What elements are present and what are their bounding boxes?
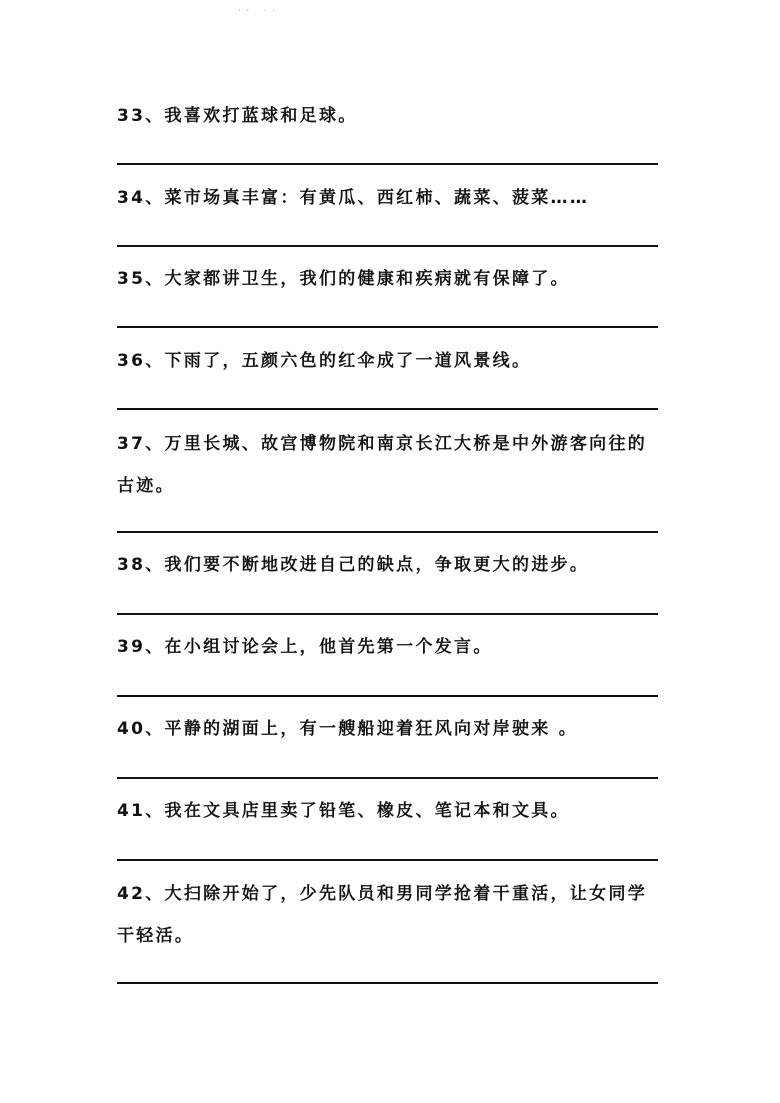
answer-line-41[interactable] xyxy=(117,859,658,861)
answer-line-37[interactable] xyxy=(117,531,658,533)
answer-line-33[interactable] xyxy=(117,163,658,165)
answer-line-34[interactable] xyxy=(117,245,658,247)
exercise-sentence-36: 36、下雨了，五颜六色的红伞成了一道风景线。 xyxy=(117,341,662,381)
exercise-sentence-35: 35、大家都讲卫生，我们的健康和疾病就有保障了。 xyxy=(117,259,662,299)
answer-line-35[interactable] xyxy=(117,326,658,328)
page-top-mark: ·· ·· xyxy=(238,6,281,15)
exercise-sentence-34: 34、菜市场真丰富：有黄瓜、西红柿、蔬菜、菠菜…… xyxy=(117,178,662,218)
exercise-sentence-41: 41、我在文具店里卖了铅笔、橡皮、笔记本和文具。 xyxy=(117,791,662,831)
exercise-sentence-42: 42、大扫除开始了，少先队员和男同学抢着干重活，让女同学干轻活。 xyxy=(117,873,662,957)
exercise-sentence-40: 40、平静的湖面上，有一艘船迎着狂风向对岸驶来 。 xyxy=(117,709,662,749)
exercise-sentence-37: 37、万里长城、故宫博物院和南京长江大桥是中外游客向往的古迹。 xyxy=(117,423,662,507)
exercise-sentence-39: 39、在小组讨论会上，他首先第一个发言。 xyxy=(117,627,662,667)
answer-line-38[interactable] xyxy=(117,613,658,615)
exercise-sentence-33: 33、我喜欢打蓝球和足球。 xyxy=(117,96,662,136)
answer-line-40[interactable] xyxy=(117,777,658,779)
answer-line-39[interactable] xyxy=(117,695,658,697)
exercise-sentence-38: 38、我们要不断地改进自己的缺点，争取更大的进步。 xyxy=(117,545,662,585)
answer-line-36[interactable] xyxy=(117,408,658,410)
answer-line-42[interactable] xyxy=(117,982,658,984)
